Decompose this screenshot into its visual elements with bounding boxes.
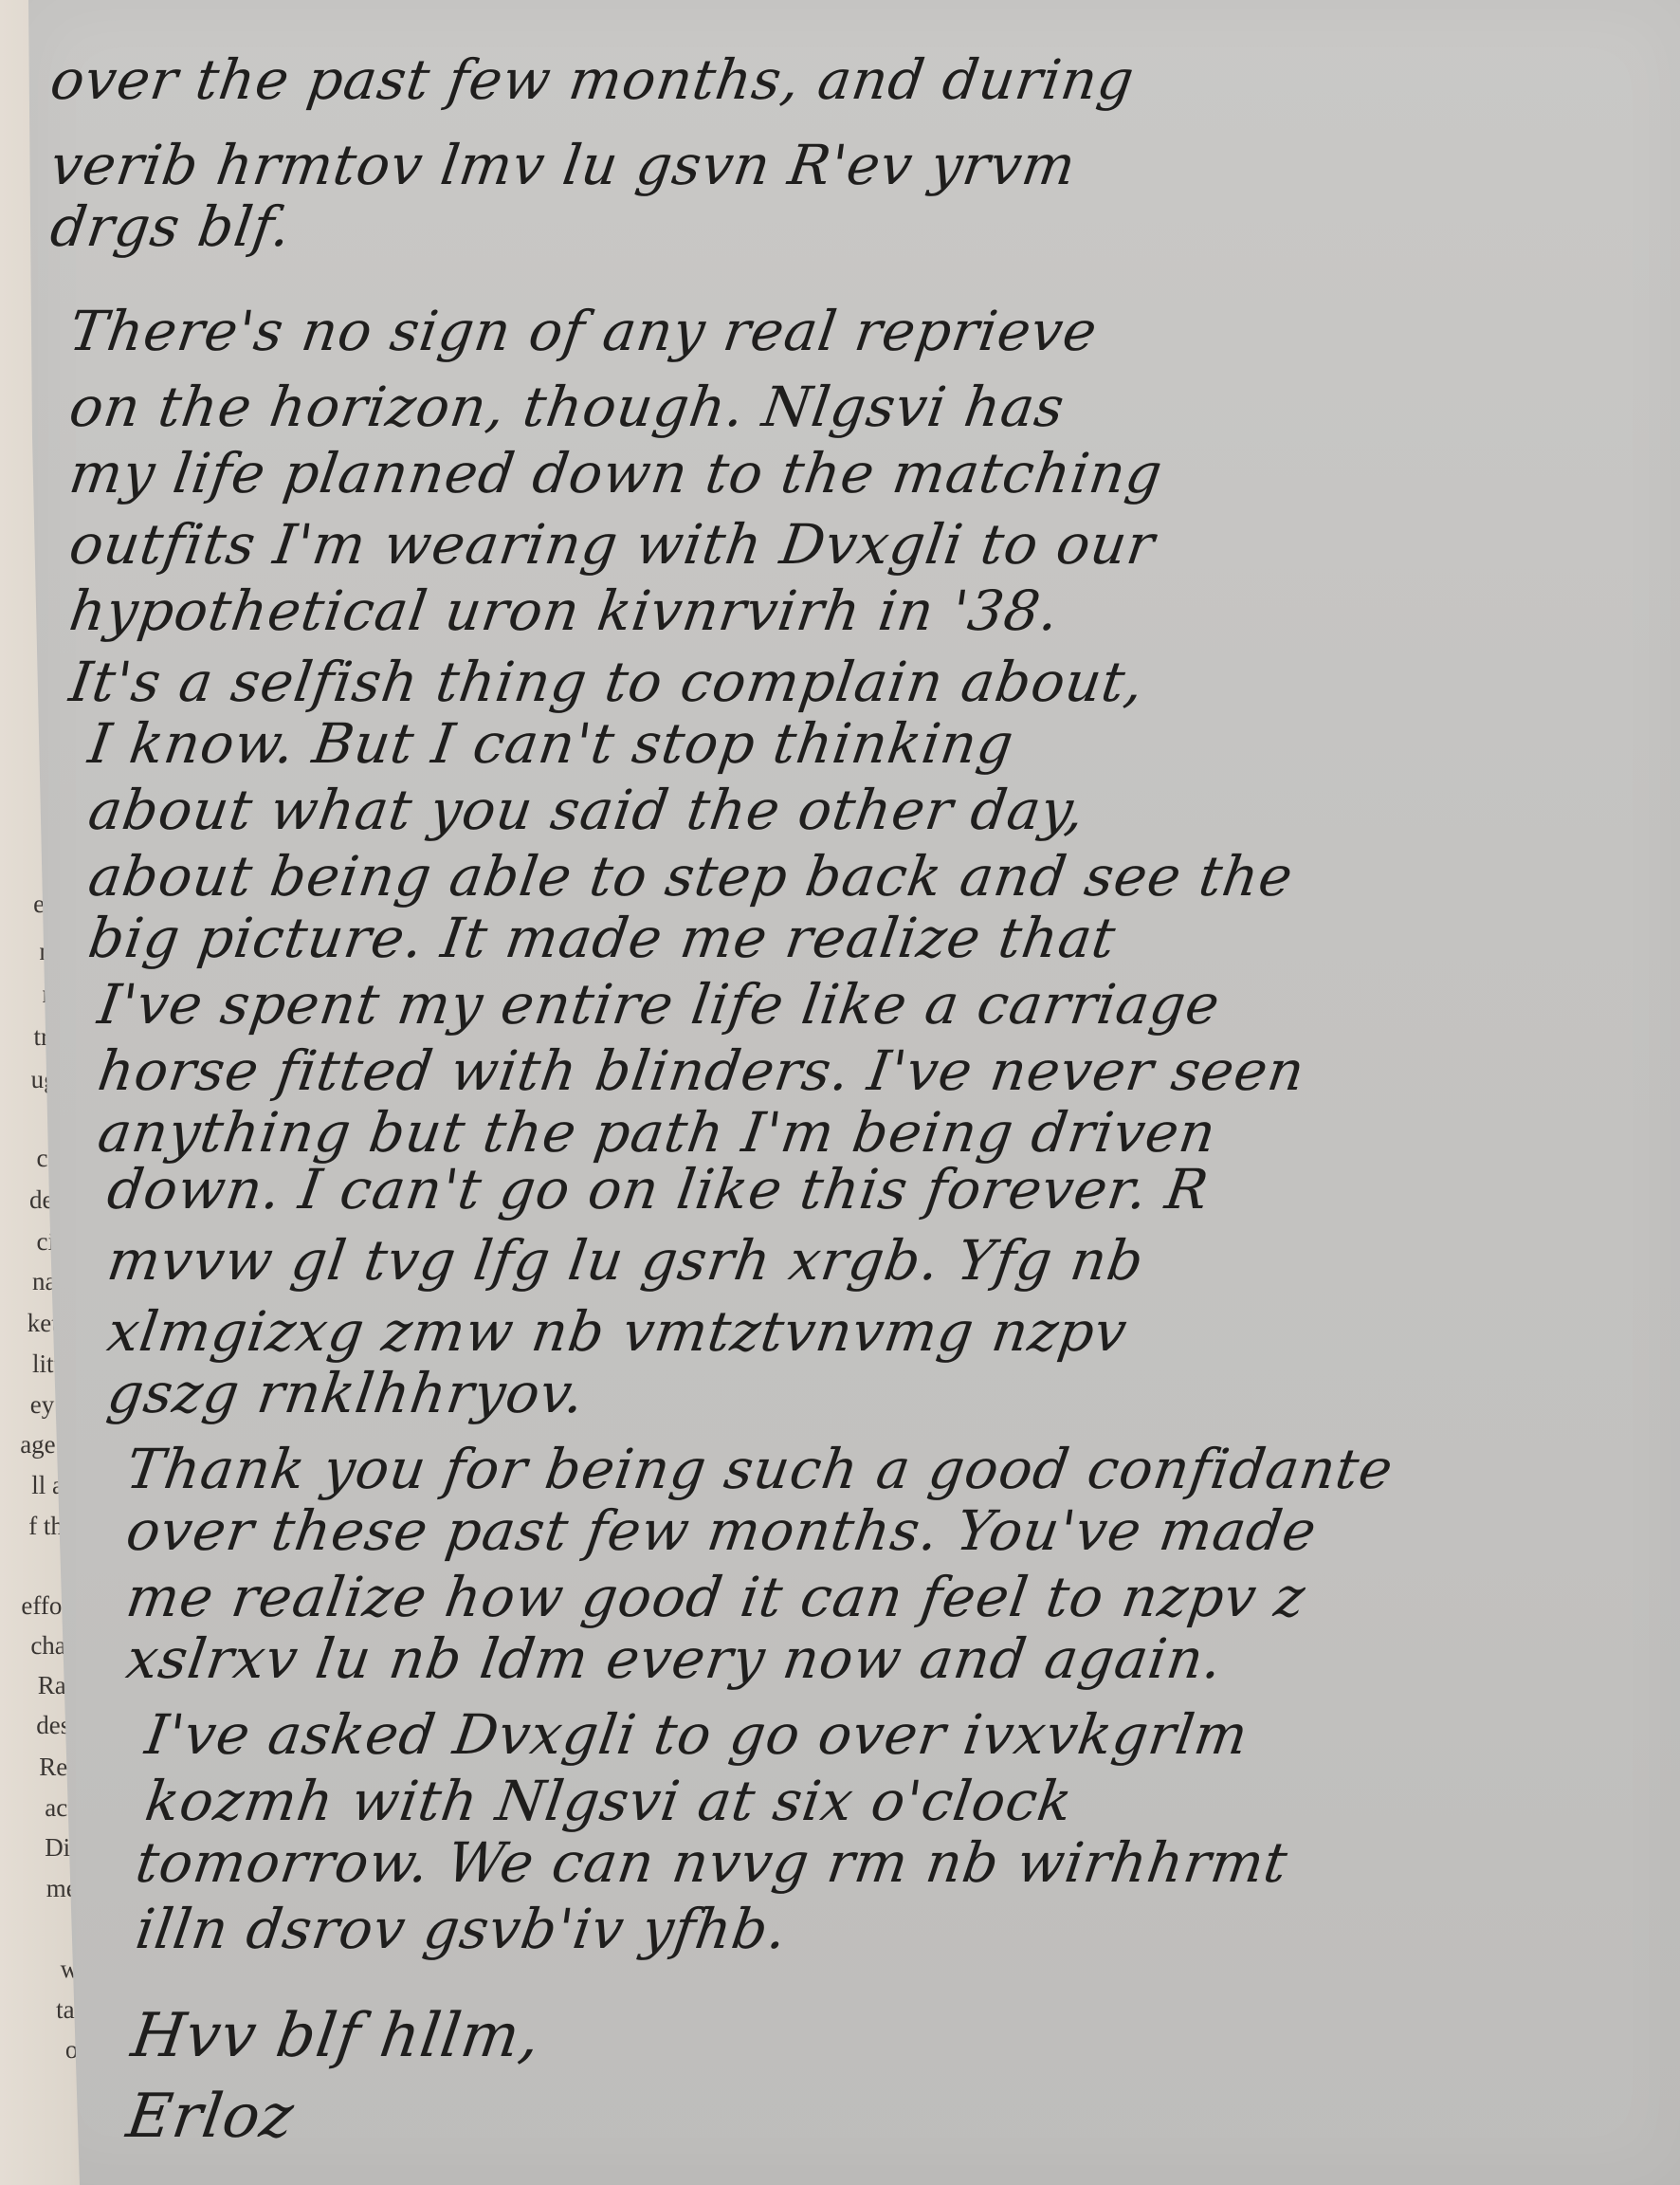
letter-line: Thank you for being such a good confidan… [123,1441,1397,1496]
letter-line: over these past few months. You've made [123,1503,1321,1558]
signature: Erloz [123,2086,298,2147]
letter-line: down. I can't go on like this forever. R [104,1162,1213,1217]
letter-line: horse fitted with blinders. I've never s… [95,1043,1308,1098]
letter-line: about being able to step back and see th… [85,849,1297,904]
letter-line: It's a selfish thing to complain about, [66,654,1147,709]
letter-line: I've spent my entire life like a carriag… [95,977,1224,1032]
letter-line: I know. But I can't stop thinking [85,716,1017,771]
letter-line: There's no sign of any real reprieve [66,303,1101,358]
letter-line: my life planned down to the matching [66,446,1166,501]
letter-line: about what you said the other day, [85,782,1088,837]
closing-salutation: Hvv blf hllm, [128,2006,544,2066]
letter-line: over the past few months, and during [47,52,1138,107]
letter-line: me realize how good it can feel to nzpv … [123,1570,1309,1625]
letter-line: tomorrow. We can nvvg rm nb wirhhrmt [133,1835,1291,1890]
letter-line: xlmgizxg zmw nb vmtztvnvmg nzpv [104,1304,1131,1359]
letter-line: big picture. It made me realize that [85,910,1120,965]
letter-line: I've asked Dvxgli to go over ivxvkgrlm [142,1707,1251,1762]
letter-line: hypothetical uron kivnrvirh in '38. [66,583,1063,638]
letter-line: outfits I'm wearing with Dvxgli to our [66,517,1159,572]
handwritten-letter: over the past few months, and duringveri… [28,0,1680,2185]
letter-line: on the horizon, though. Nlgsvi has [66,379,1068,434]
letter-line: kozmh with Nlgsvi at six o'clock [142,1773,1076,1828]
letter-line: anything but the path I'm being driven [95,1105,1220,1160]
letter-line: drgs blf. [47,199,295,254]
letter-line: gszg rnklhhryov. [104,1366,588,1421]
letter-line: xslrxv lu nb ldm every now and again. [123,1631,1226,1686]
letter-line: verib hrmtov lmv lu gsvn R'ev yrvm [47,138,1080,193]
letter-line: illn dsrov gsvb'iv yfhb. [133,1901,791,1956]
letter-line: mvvw gl tvg lfg lu gsrh xrgb. Yfg nb [104,1233,1147,1288]
